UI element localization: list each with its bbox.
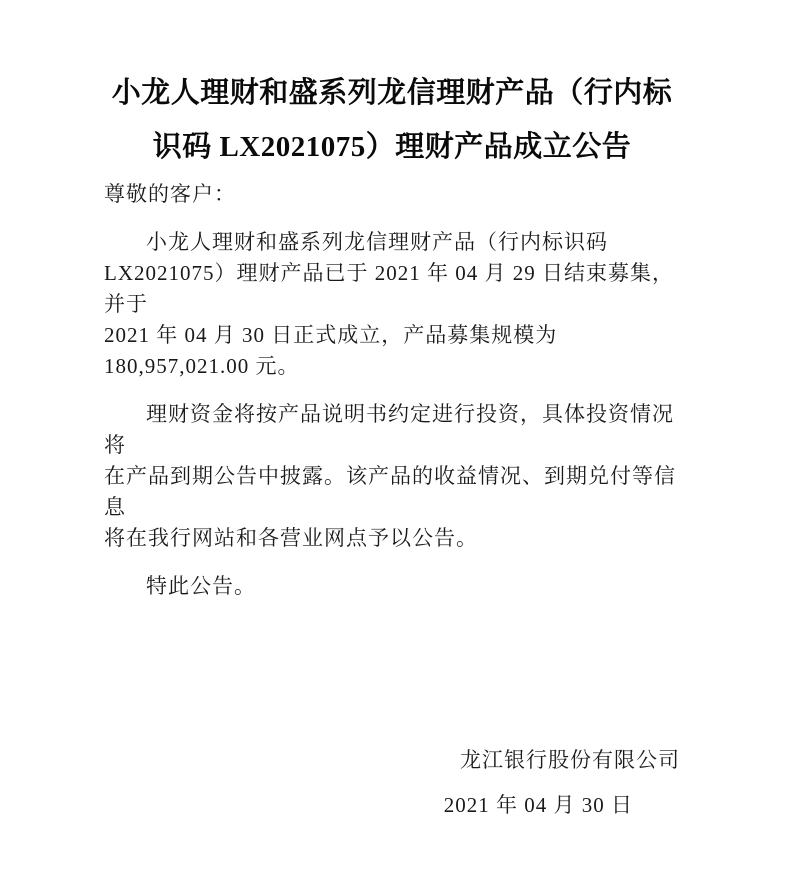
paragraph-investment: 理财资金将按产品说明书约定进行投资，具体投资情况将 在产品到期公告中披露。该产品… [104,399,690,554]
title-line-1: 小龙人理财和盛系列龙信理财产品（行内标 [104,66,680,120]
signature-company: 龙江银行股份有限公司 [0,745,790,776]
announcement-page: 小龙人理财和盛系列龙信理财产品（行内标 识码 LX2021075）理财产品成立公… [0,0,790,878]
body-line: 将在我行网站和各营业网点予以公告。 [104,523,690,554]
title-line-2: 识码 LX2021075）理财产品成立公告 [104,120,680,174]
paragraph-closing: 特此公告。 [104,571,690,602]
document-body: 尊敬的客户： 小龙人理财和盛系列龙信理财产品（行内标识码 LX2021075）理… [104,179,690,602]
signature-block: 龙江银行股份有限公司 2021 年 04 月 30 日 [0,745,790,821]
page-title: 小龙人理财和盛系列龙信理财产品（行内标 识码 LX2021075）理财产品成立公… [104,66,680,174]
body-line: 180,957,021.00 元。 [104,351,690,382]
body-line: LX2021075）理财产品已于 2021 年 04 月 29 日结束募集，并于 [104,258,690,320]
body-line: 在产品到期公告中披露。该产品的收益情况、到期兑付等信息 [104,461,690,523]
greeting-line: 尊敬的客户： [104,179,690,210]
signature-date: 2021 年 04 月 30 日 [0,790,790,821]
body-line: 特此公告。 [104,571,690,602]
body-line: 小龙人理财和盛系列龙信理财产品（行内标识码 [104,227,690,258]
paragraph-establishment: 小龙人理财和盛系列龙信理财产品（行内标识码 LX2021075）理财产品已于 2… [104,227,690,382]
body-line: 理财资金将按产品说明书约定进行投资，具体投资情况将 [104,399,690,461]
body-line: 2021 年 04 月 30 日正式成立，产品募集规模为 [104,320,690,351]
